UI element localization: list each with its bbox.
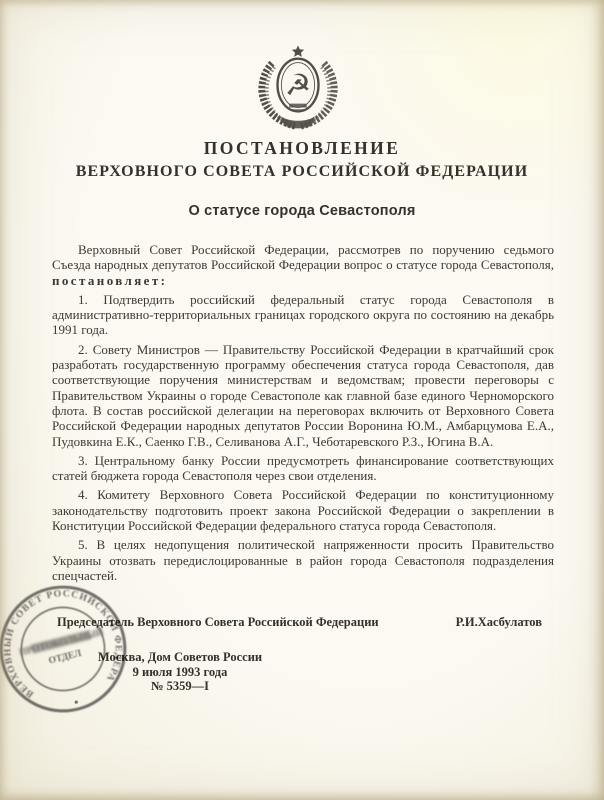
- intro-emphasis: постановляет:: [52, 273, 167, 288]
- resolution-item-4: 4. Комитету Верховного Совета Российской…: [52, 487, 554, 533]
- document-subject: О статусе города Севастополя: [0, 203, 604, 219]
- title-line-2: ВЕРХОВНОГО СОВЕТА РОССИЙСКОЙ ФЕДЕРАЦИИ: [0, 163, 604, 181]
- intro-paragraph: Верховный Совет Российской Федерации, ра…: [52, 242, 554, 288]
- document-page: ☭ ПОСТАНОВЛЕНИЕ ВЕРХОВНОГО СОВЕТА РОССИЙ…: [0, 0, 604, 800]
- svg-text:☭: ☭: [285, 68, 311, 102]
- title-line-1: ПОСТАНОВЛЕНИЕ: [0, 138, 604, 159]
- document-title: ПОСТАНОВЛЕНИЕ ВЕРХОВНОГО СОВЕТА РОССИЙСК…: [0, 138, 604, 181]
- intro-text: Верховный Совет Российской Федерации, ра…: [52, 242, 554, 272]
- resolution-item-3: 3. Центральному банку России предусмотре…: [52, 453, 554, 484]
- resolution-item-1: 1. Подтвердить российский федеральный ст…: [52, 292, 554, 338]
- resolution-item-2: 2. Совету Министров — Правительству Росс…: [52, 342, 554, 449]
- signer-name: Р.И.Хасбулатов: [456, 615, 542, 630]
- coat-of-arms-rsfsr-icon: ☭: [248, 44, 348, 130]
- document-body: Верховный Совет Российской Федерации, ра…: [52, 242, 554, 587]
- stamp-inner-line2: ОТДЕЛ: [48, 648, 84, 667]
- round-ink-stamp-icon: ВЕРХОВНЫЙ СОВЕТ РОССИЙСКОЙ ФЕДЕРАЦИИ ПРО…: [0, 563, 149, 735]
- resolution-item-5: 5. В целях недопущения политической напр…: [52, 537, 554, 583]
